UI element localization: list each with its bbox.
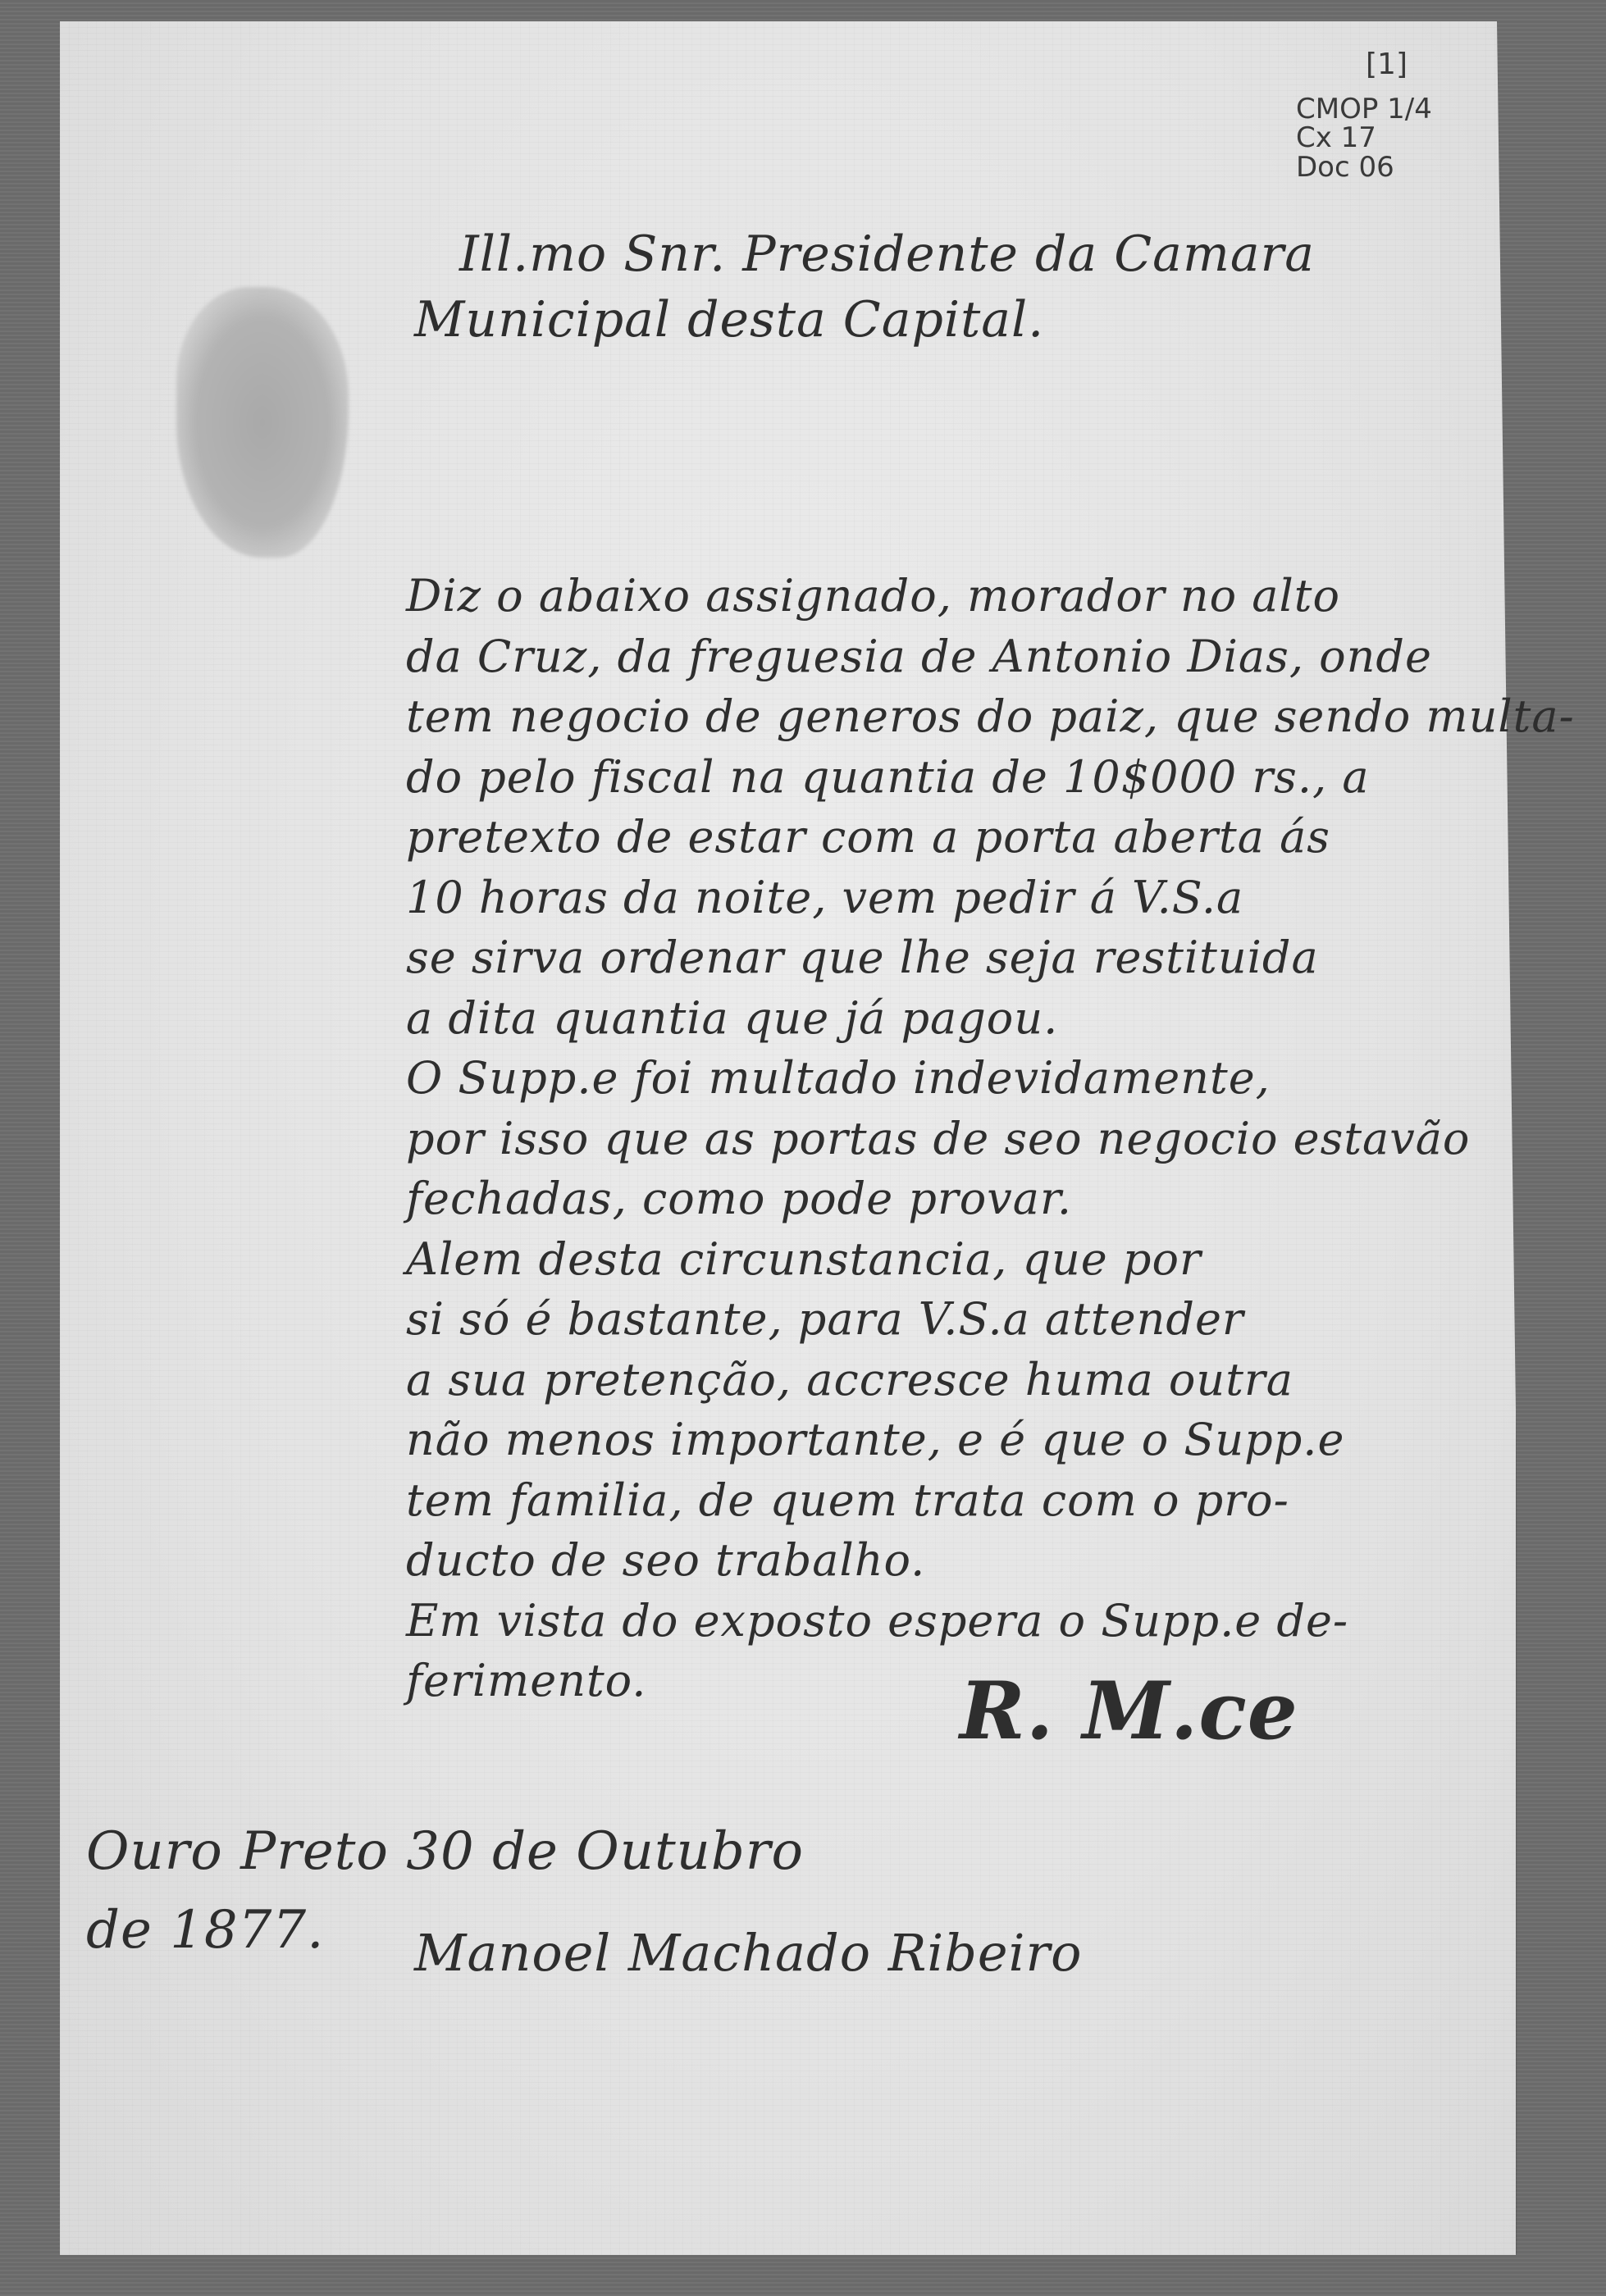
body-line: por isso que as portas de seo negocio es… bbox=[406, 1109, 1575, 1169]
body-line: a sua pretenção, accresce huma outra bbox=[406, 1350, 1575, 1410]
body-line: ducto de seo trabalho. bbox=[406, 1530, 1575, 1591]
body-line: O Supp.e foi multado indevidamente, bbox=[406, 1048, 1575, 1109]
body-line: do pelo fiscal na quantia de 10$000 rs.,… bbox=[406, 747, 1575, 808]
body-line: fechadas, como pode provar. bbox=[406, 1168, 1575, 1229]
body-line: pretexto de estar com a porta aberta ás bbox=[406, 807, 1575, 868]
body-line: não menos importante, e é que o Supp.e bbox=[406, 1410, 1575, 1470]
document-number: Doc 06 bbox=[1296, 153, 1432, 183]
page-number: [1] bbox=[1366, 49, 1432, 80]
salutation-line-1: Ill.mo Snr. Presidente da Camara bbox=[459, 225, 1315, 283]
petition-body: Diz o abaixo assignado, morador no alto … bbox=[406, 566, 1575, 1711]
body-line: se sirva ordenar que lhe seja restituida bbox=[406, 927, 1575, 988]
salutation: Ill.mo Snr. Presidente da Camara Municip… bbox=[459, 221, 1315, 353]
place-date-line-1: Ouro Preto 30 de Outubro bbox=[86, 1821, 804, 1882]
body-line: tem negocio de generos do paiz, que send… bbox=[406, 686, 1575, 747]
body-line: tem familia, de quem trata com o pro- bbox=[406, 1470, 1575, 1531]
collection-code: CMOP 1/4 bbox=[1296, 95, 1432, 125]
body-line: Diz o abaixo assignado, morador no alto bbox=[406, 566, 1575, 626]
water-stain bbox=[176, 287, 349, 558]
body-line: Em vista do exposto espera o Supp.e de- bbox=[406, 1591, 1575, 1651]
body-line: da Cruz, da freguesia de Antonio Dias, o… bbox=[406, 626, 1575, 687]
archive-reference: [1] CMOP 1/4 Cx 17 Doc 06 bbox=[1296, 49, 1432, 183]
signature: Manoel Machado Ribeiro bbox=[414, 1923, 1082, 1983]
closing-formula: R. M.ce bbox=[960, 1665, 1298, 1757]
box-number: Cx 17 bbox=[1296, 124, 1432, 153]
body-line: a dita quantia que já pagou. bbox=[406, 988, 1575, 1049]
salutation-line-2: Municipal desta Capital. bbox=[414, 287, 1315, 353]
body-line: si só é bastante, para V.S.a attender bbox=[406, 1289, 1575, 1350]
body-line: Alem desta circunstancia, que por bbox=[406, 1229, 1575, 1290]
body-line: 10 horas da noite, vem pedir á V.S.a bbox=[406, 868, 1575, 928]
